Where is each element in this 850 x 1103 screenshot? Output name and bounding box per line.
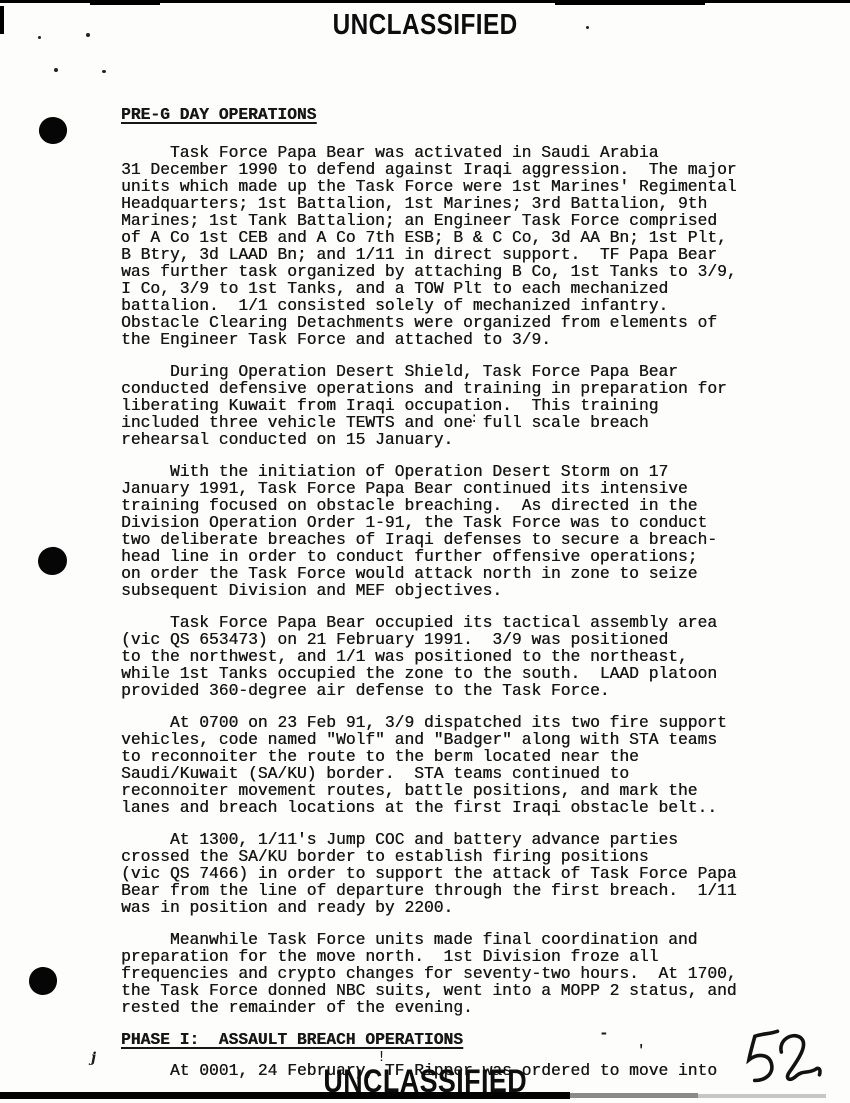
hole-punch-dot [37,115,68,146]
paragraph: At 0700 on 23 Feb 91, 3/9 dispatched its… [121,714,821,816]
scan-bottom-edge-bar [698,1094,826,1098]
paragraph: At 1300, 1/11's Jump COC and battery adv… [121,831,821,916]
hole-punch-dot [37,546,69,577]
scan-bottom-edge-bar [0,1092,570,1099]
stray-margin-mark: j [91,1051,96,1065]
scan-speck [86,33,90,37]
scan-bottom-edge-bar [570,1093,698,1098]
scan-top-edge-line-segment [555,0,705,5]
scan-speck [102,70,106,73]
paragraph: During Operation Desert Shield, Task For… [121,363,821,448]
paragraph: Task Force Papa Bear occupied its tactic… [121,614,821,699]
document-body: PRE-G DAY OPERATIONS Task Force Papa Bea… [121,106,821,1094]
classification-header: UNCLASSIFIED [0,11,850,40]
hole-punch-dot [28,966,58,996]
scanned-document-page: UNCLASSIFIED PRE-G DAY OPERATIONS Task F… [0,0,850,1103]
scan-speck [586,26,589,29]
scan-top-edge-line-segment [90,0,160,5]
classification-header-text: UNCLASSIFIED [332,11,517,40]
section-heading-pre-g-day-operations: PRE-G DAY OPERATIONS [121,106,821,123]
section-heading-phase-i-assault-breach-operations: PHASE I: ASSAULT BREACH OPERATIONS [121,1031,821,1048]
stray-dash-mark: - [599,1026,609,1042]
stray-tick-mark: ' [637,1044,645,1058]
scan-speck [54,68,58,72]
paragraph: Task Force Papa Bear was activated in Sa… [121,144,821,348]
paragraph: Meanwhile Task Force units made final co… [121,931,821,1016]
paragraph: With the initiation of Operation Desert … [121,463,821,599]
stray-colon-mark: : [470,412,478,426]
scan-speck [38,36,41,39]
